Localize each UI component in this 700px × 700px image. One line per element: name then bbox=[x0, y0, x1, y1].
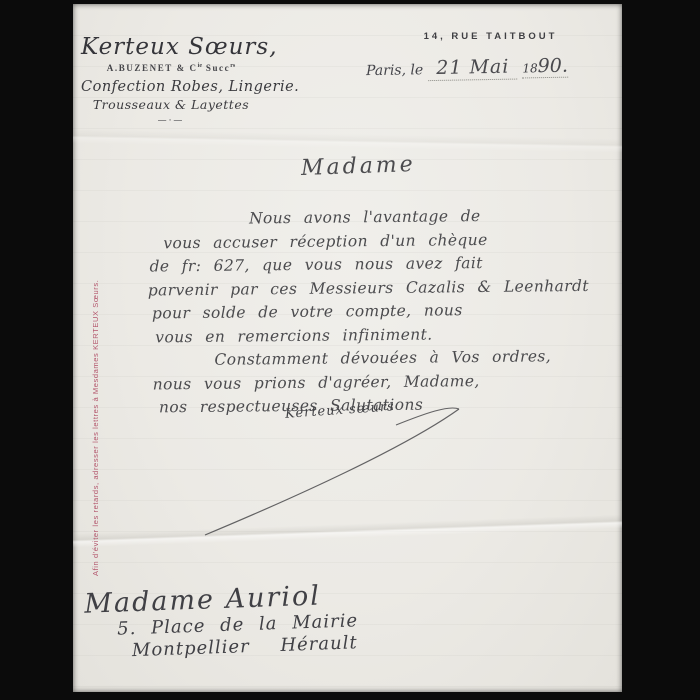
dateline-year: 1890. bbox=[522, 57, 568, 79]
successor-text: A.BUZENET & C bbox=[107, 63, 198, 73]
letterhead-company-name: Kerteux Sœurs, bbox=[81, 34, 261, 60]
letterhead: Kerteux Sœurs, A.BUZENET & Cie Succrs Co… bbox=[81, 34, 261, 126]
successor-superscript: rs bbox=[230, 63, 235, 69]
year-handwritten-suffix: 90. bbox=[538, 55, 569, 78]
dateline: Paris, le 21 Mai 1890. bbox=[366, 54, 616, 80]
signature-flourish bbox=[191, 397, 471, 547]
letterhead-street-address: 14, RUE TAITBOUT bbox=[368, 31, 613, 42]
dateline-printed-text: Paris, le bbox=[366, 62, 423, 79]
dateline-handwritten-date: 21 Mai bbox=[428, 56, 517, 82]
letterhead-divider: —·— bbox=[81, 116, 261, 126]
letterhead-services-line1: Confection Robes, Lingerie. bbox=[81, 79, 261, 95]
margin-instruction-note: Afin d'éviter les retards, adresser les … bbox=[91, 228, 100, 576]
year-printed-prefix: 18 bbox=[522, 61, 538, 75]
recipient-address: Madame Auriol 5. Place de la Mairie Mont… bbox=[84, 579, 359, 662]
paper-crease bbox=[73, 129, 622, 153]
letterhead-successor-line: A.BUZENET & Cie Succrs bbox=[81, 63, 261, 73]
letterhead-services-line2: Trousseaux & Layettes bbox=[81, 97, 261, 112]
body-line: parvenir par ces Messieurs Cazalis & Lee… bbox=[148, 274, 626, 303]
letter-paper: Kerteux Sœurs, A.BUZENET & Cie Succrs Co… bbox=[73, 4, 622, 692]
successor-text: Succ bbox=[202, 63, 230, 73]
salutation: Madame bbox=[301, 152, 417, 181]
paper-crease bbox=[73, 514, 622, 547]
photo-background: Kerteux Sœurs, A.BUZENET & Cie Succrs Co… bbox=[0, 0, 700, 700]
letter-body: Nous avons l'avantage de vous accuser ré… bbox=[147, 204, 627, 420]
